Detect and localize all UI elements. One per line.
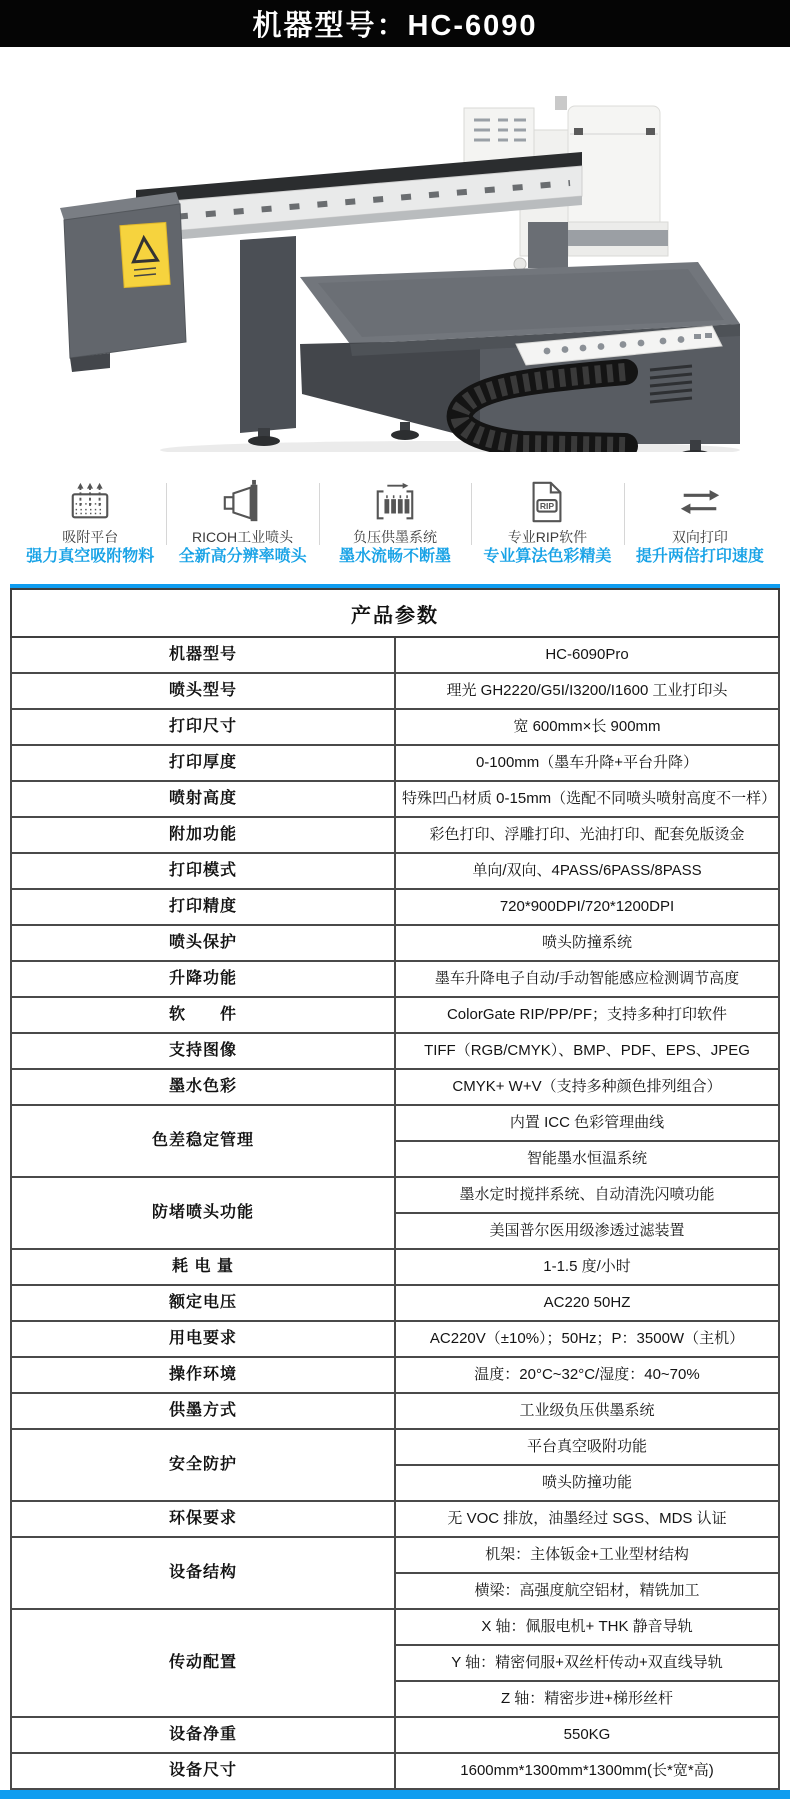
feature-item-5: 双向打印提升两倍打印速度 — [624, 477, 776, 571]
spec-value: 美国普尔医用级渗透过滤装置 — [395, 1213, 779, 1249]
spec-label: 设备尺寸 — [11, 1753, 395, 1789]
header-bar: 机器型号：HC-6090 — [0, 0, 790, 47]
spec-value: AC220V（±10%）；50Hz；P：3500W（主机） — [395, 1321, 779, 1357]
feature-item-1: 吸附平台强力真空吸附物料 — [14, 477, 166, 571]
spec-row: 设备结构机架：主体钣金+工业型材结构 — [11, 1537, 779, 1573]
spec-label: 环保要求 — [11, 1501, 395, 1537]
feature-subtitle: 强力真空吸附物料 — [26, 548, 154, 566]
table-title-row: 产品参数 — [11, 589, 779, 637]
spec-value: 550KG — [395, 1717, 779, 1753]
spec-value: 720*900DPI/720*1200DPI — [395, 889, 779, 925]
spec-row: 打印尺寸宽 600mm×长 900mm — [11, 709, 779, 745]
feature-item-4: RIP专业RIP软件专业算法色彩精美 — [471, 477, 623, 571]
spec-value: HC-6090Pro — [395, 637, 779, 673]
feature-title: 双向打印 — [672, 530, 728, 545]
spec-value: 宽 600mm×长 900mm — [395, 709, 779, 745]
spec-value: 机架：主体钣金+工业型材结构 — [395, 1537, 779, 1573]
spec-label: 供墨方式 — [11, 1393, 395, 1429]
feature-title: 吸附平台 — [62, 530, 118, 545]
spec-value: Y 轴：精密伺服+双丝杆传动+双直线导轨 — [395, 1645, 779, 1681]
spec-row: 供墨方式工业级负压供墨系统 — [11, 1393, 779, 1429]
rip-software-icon: RIP — [524, 477, 570, 525]
table-title: 产品参数 — [11, 589, 779, 637]
spec-row: 传动配置X 轴：佩服电机+ THK 静音导轨 — [11, 1609, 779, 1645]
spec-value: TIFF（RGB/CMYK）、BMP、PDF、EPS、JPEG — [395, 1033, 779, 1069]
spec-row: 机器型号HC-6090Pro — [11, 637, 779, 673]
feature-title: RICOH工业喷头 — [192, 530, 293, 545]
printer-illustration — [50, 72, 740, 452]
spec-value: 墨车升降电子自动/手动智能感应检测调节高度 — [395, 961, 779, 997]
spec-value: 单向/双向、4PASS/6PASS/8PASS — [395, 853, 779, 889]
spec-value: Z 轴：精密步进+梯形丝杆 — [395, 1681, 779, 1717]
spec-row: 升降功能墨车升降电子自动/手动智能感应检测调节高度 — [11, 961, 779, 997]
spec-label: 操作环境 — [11, 1357, 395, 1393]
vacuum-platform-icon — [67, 477, 113, 525]
support-column — [240, 236, 296, 446]
spec-value: 0-100mm（墨车升降+平台升降） — [395, 745, 779, 781]
feature-title: 专业RIP软件 — [508, 530, 587, 545]
ink-supply-icon — [372, 477, 418, 525]
spec-row: 耗 电 量1-1.5 度/小时 — [11, 1249, 779, 1285]
spec-label: 机器型号 — [11, 637, 395, 673]
spec-row: 喷射高度特殊凹凸材质 0-15mm（选配不同喷头喷射高度不一样） — [11, 781, 779, 817]
spec-value: 1600mm*1300mm*1300mm(长*宽*高) — [395, 1753, 779, 1789]
spec-value: 工业级负压供墨系统 — [395, 1393, 779, 1429]
ink-station — [60, 192, 186, 372]
spec-value: 喷头防撞功能 — [395, 1465, 779, 1501]
spec-row: 打印厚度0-100mm（墨车升降+平台升降） — [11, 745, 779, 781]
spec-label: 色差稳定管理 — [11, 1105, 395, 1177]
spec-label: 喷头保护 — [11, 925, 395, 961]
feature-subtitle: 专业算法色彩精美 — [483, 548, 611, 566]
spec-row: 色差稳定管理内置 ICC 色彩管理曲线 — [11, 1105, 779, 1141]
feature-row: 吸附平台强力真空吸附物料RICOH工业喷头全新高分辨率喷头负压供墨系统墨水流畅不… — [0, 477, 790, 571]
spec-label: 用电要求 — [11, 1321, 395, 1357]
product-image — [0, 47, 790, 477]
feature-subtitle: 墨水流畅不断墨 — [339, 548, 451, 566]
spec-label: 打印厚度 — [11, 745, 395, 781]
spec-value: 1-1.5 度/小时 — [395, 1249, 779, 1285]
spec-row: 额定电压AC220 50HZ — [11, 1285, 779, 1321]
spec-value: 温度：20°C~32°C/湿度：40~70% — [395, 1357, 779, 1393]
spec-label: 墨水色彩 — [11, 1069, 395, 1105]
product-page: 机器型号：HC-6090 — [0, 0, 790, 1799]
feature-item-3: 负压供墨系统墨水流畅不断墨 — [319, 477, 471, 571]
spec-row: 设备尺寸1600mm*1300mm*1300mm(长*宽*高) — [11, 1753, 779, 1789]
spec-value: 智能墨水恒温系统 — [395, 1141, 779, 1177]
spec-value: CMYK+ W+V（支持多种颜色排列组合） — [395, 1069, 779, 1105]
spec-value: 特殊凹凸材质 0-15mm（选配不同喷头喷射高度不一样） — [395, 781, 779, 817]
spec-label: 耗 电 量 — [11, 1249, 395, 1285]
spec-label: 附加功能 — [11, 817, 395, 853]
spec-value: 喷头防撞系统 — [395, 925, 779, 961]
spec-label: 设备净重 — [11, 1717, 395, 1753]
spec-row: 支持图像TIFF（RGB/CMYK）、BMP、PDF、EPS、JPEG — [11, 1033, 779, 1069]
printhead-icon — [220, 477, 266, 525]
spec-table: 产品参数 机器型号HC-6090Pro喷头型号理光 GH2220/G5I/I32… — [10, 588, 780, 1790]
spec-row: 用电要求AC220V（±10%）；50Hz；P：3500W（主机） — [11, 1321, 779, 1357]
feature-subtitle: 全新高分辨率喷头 — [179, 548, 307, 566]
page-title: 机器型号：HC-6090 — [252, 3, 537, 44]
spec-label: 喷射高度 — [11, 781, 395, 817]
spec-label: 软 件 — [11, 997, 395, 1033]
spec-value: 无 VOC 排放，油墨经过 SGS、MDS 认证 — [395, 1501, 779, 1537]
spec-value: 平台真空吸附功能 — [395, 1429, 779, 1465]
spec-row: 安全防护平台真空吸附功能 — [11, 1429, 779, 1465]
spec-row: 软 件ColorGate RIP/PP/PF；支持多种打印软件 — [11, 997, 779, 1033]
spec-value: 彩色打印、浮雕打印、光油打印、配套免版烫金 — [395, 817, 779, 853]
spec-label: 打印尺寸 — [11, 709, 395, 745]
feature-subtitle: 提升两倍打印速度 — [636, 548, 764, 566]
spec-row: 喷头保护喷头防撞系统 — [11, 925, 779, 961]
spec-row: 打印精度720*900DPI/720*1200DPI — [11, 889, 779, 925]
spec-label: 传动配置 — [11, 1609, 395, 1717]
spec-label: 打印精度 — [11, 889, 395, 925]
spec-label: 打印模式 — [11, 853, 395, 889]
spec-label: 设备结构 — [11, 1537, 395, 1609]
spec-value: 墨水定时搅拌系统、自动清洗闪喷功能 — [395, 1177, 779, 1213]
spec-label: 升降功能 — [11, 961, 395, 997]
spec-value: X 轴：佩服电机+ THK 静音导轨 — [395, 1609, 779, 1645]
spec-label: 喷头型号 — [11, 673, 395, 709]
spec-value: AC220 50HZ — [395, 1285, 779, 1321]
spec-row: 喷头型号理光 GH2220/G5I/I3200/I1600 工业打印头 — [11, 673, 779, 709]
bidirectional-icon — [677, 477, 723, 525]
spec-row: 环保要求无 VOC 排放，油墨经过 SGS、MDS 认证 — [11, 1501, 779, 1537]
spec-row: 防堵喷头功能墨水定时搅拌系统、自动清洗闪喷功能 — [11, 1177, 779, 1213]
spec-value: 内置 ICC 色彩管理曲线 — [395, 1105, 779, 1141]
spec-row: 附加功能彩色打印、浮雕打印、光油打印、配套免版烫金 — [11, 817, 779, 853]
spec-value: 理光 GH2220/G5I/I3200/I1600 工业打印头 — [395, 673, 779, 709]
spec-label: 安全防护 — [11, 1429, 395, 1501]
spec-label: 额定电压 — [11, 1285, 395, 1321]
spec-row: 墨水色彩CMYK+ W+V（支持多种颜色排列组合） — [11, 1069, 779, 1105]
spec-label: 防堵喷头功能 — [11, 1177, 395, 1249]
spec-row: 打印模式单向/双向、4PASS/6PASS/8PASS — [11, 853, 779, 889]
svg-text:RIP: RIP — [540, 501, 555, 511]
spec-value: ColorGate RIP/PP/PF；支持多种打印软件 — [395, 997, 779, 1033]
feature-title: 负压供墨系统 — [353, 530, 437, 545]
spec-row: 设备净重550KG — [11, 1717, 779, 1753]
spec-table-section: 产品参数 机器型号HC-6090Pro喷头型号理光 GH2220/G5I/I32… — [10, 584, 780, 1790]
spec-value: 横梁：高强度航空铝材，精铣加工 — [395, 1573, 779, 1609]
spec-label: 支持图像 — [11, 1033, 395, 1069]
spec-row: 操作环境温度：20°C~32°C/湿度：40~70% — [11, 1357, 779, 1393]
feature-item-2: RICOH工业喷头全新高分辨率喷头 — [166, 477, 318, 571]
gantry-beam — [136, 152, 582, 243]
